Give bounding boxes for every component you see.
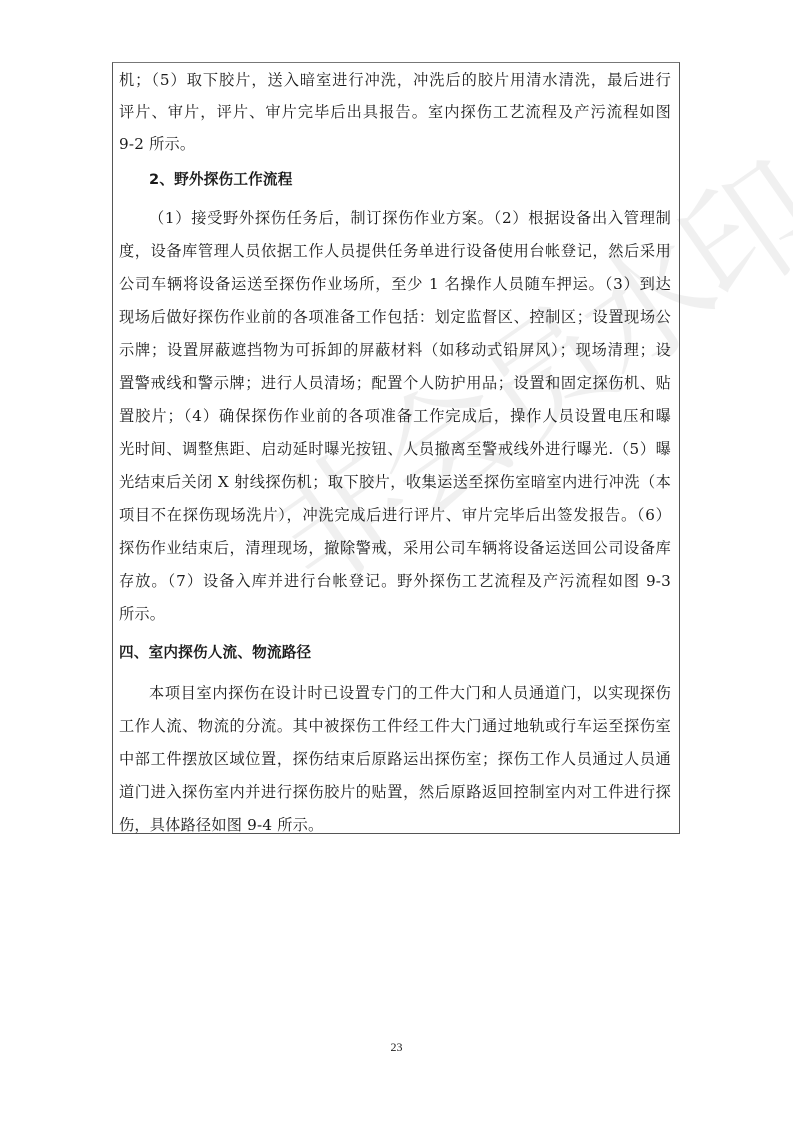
paragraph-line: 伤，具体路径如图 9-4 所示。 [119, 810, 671, 840]
paragraph-line: 所示。 [119, 599, 671, 629]
paragraph-line: 公司车辆将设备运送至探伤作业场所，至少 1 名操作人员随车押运。（3）到达 [119, 269, 671, 299]
paragraph-line: 本项目室内探伤在设计时已设置专门的工件大门和人员通道门，以实现探伤 [119, 678, 671, 708]
paragraph-line: 光时间、调整焦距、启动延时曝光按钮、人员撤离至警戒线外进行曝光.（5）曝 [119, 434, 671, 464]
paragraph-line: 工作人流、物流的分流。其中被探伤工件经工件大门通过地轨或行车运至探伤室 [119, 711, 671, 741]
paragraph-line: 道门进入探伤室内并进行探伤胶片的贴置，然后原路返回控制室内对工件进行探 [119, 777, 671, 807]
paragraph-line: 9-2 所示。 [119, 129, 671, 159]
paragraph-line: 评片、审片，评片、审片完毕后出具报告。室内探伤工艺流程及产污流程如图 [119, 97, 671, 127]
paragraph-line: 机；（5）取下胶片，送入暗室进行冲洗，冲洗后的胶片用清水清洗，最后进行 [119, 65, 671, 95]
section-heading: 2、野外探伤工作流程 [119, 165, 671, 195]
paragraph-line: 探伤作业结束后，清理现场，撤除警戒，采用公司车辆将设备运送回公司设备库 [119, 533, 671, 563]
content-table-cell: 机；（5）取下胶片，送入暗室进行冲洗，冲洗后的胶片用清水清洗，最后进行评片、审片… [112, 62, 680, 834]
paragraph-line: 项目不在探伤现场洗片），冲洗完成后进行评片、审片完毕后出签发报告。（6） [119, 500, 671, 530]
paragraph-line: 光结束后关闭 X 射线探伤机；取下胶片，收集运送至探伤室暗室内进行冲洗（本 [119, 467, 671, 497]
paragraph-line: 度，设备库管理人员依据工作人员提供任务单进行设备使用台帐登记，然后采用 [119, 236, 671, 266]
paragraph-line: 中部工件摆放区域位置，探伤结束后原路运出探伤室；探伤工作人员通过人员通 [119, 744, 671, 774]
paragraph-line: 置胶片；（4）确保探伤作业前的各项准备工作完成后，操作人员设置电压和曝 [119, 401, 671, 431]
paragraph-line: 示牌；设置屏蔽遮挡物为可拆卸的屏蔽材料（如移动式铅屏风）；现场清理；设 [119, 335, 671, 365]
section-heading: 四、室内探伤人流、物流路径 [119, 638, 671, 668]
paragraph-line: （1）接受野外探伤任务后，制订探伤作业方案。（2）根据设备出入管理制 [119, 203, 671, 233]
paragraph-line: 存放。（7）设备入库并进行台帐登记。野外探伤工艺流程及产污流程如图 9-3 [119, 566, 671, 596]
paragraph-line: 置警戒线和警示牌；进行人员清场；配置个人防护用品；设置和固定探伤机、贴 [119, 368, 671, 398]
page-number: 23 [0, 1040, 793, 1055]
paragraph-line: 现场后做好探伤作业前的各项准备工作包括：划定监督区、控制区；设置现场公 [119, 302, 671, 332]
